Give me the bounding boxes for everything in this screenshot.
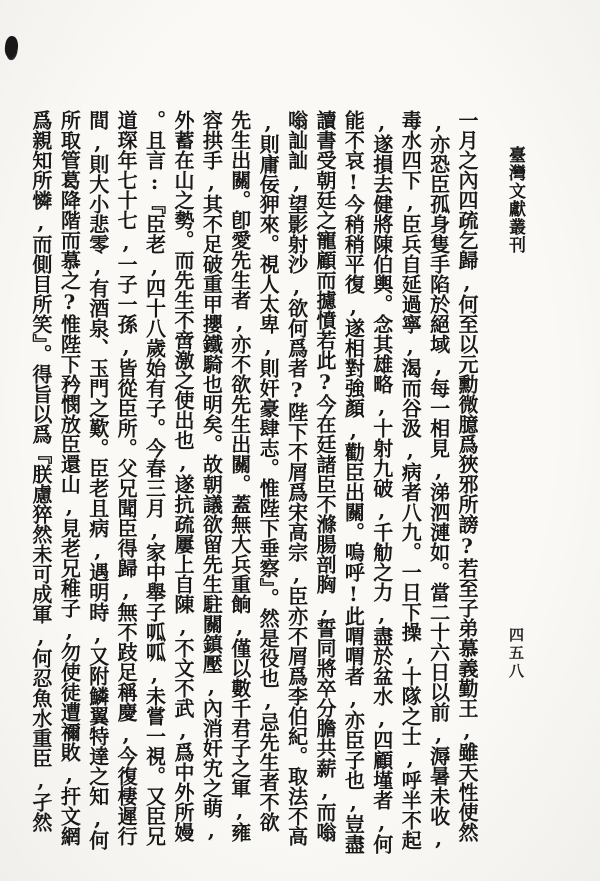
- text-column: 先生出關。卽愛先生者,亦不欲先生出關。蓋無大兵重餉,僅以數千君子之軍,雍: [225, 110, 253, 840]
- page-number: 四五八: [506, 627, 527, 681]
- text-column: ,則庸佞狎來。視人太卑,則奸豪肆志。惟陛下垂察』。然是役也,忌先生者不欲: [254, 110, 282, 840]
- text-column: 外蓄在山之勢。而先生不啻激之使出也,遂抗疏屢上自陳,不文不武,爲中外所嫚: [169, 110, 197, 840]
- text-column: 。且言:『臣老,四十八歲始有子。今春三月,家中舉子呱呱,未嘗一視。又臣兄: [140, 110, 168, 840]
- text-column: 道琛年七十七,一子一孫,皆從臣所。父兄聞臣得歸,無不跂足稱慶,今復棲遲行: [112, 110, 140, 840]
- text-column: 毒水四下,臣兵自延過寧,渴而谷汲,病者八九。一日下操,十隊之士,呼半不起: [396, 110, 424, 840]
- text-column: ,遂損去健將陳伯輿。念其雄略,十射九破,千觔之力,盡於盆水,四顧墐者,何: [367, 110, 395, 840]
- scan-smudge-artifact: [4, 35, 20, 59]
- text-column: 所取管葛降階而慕之?惟陛下矜憫放臣還山,見老兄稚子,勿使徒遭禰敗,扞文網: [55, 110, 83, 840]
- series-masthead: 臺灣文獻叢刊: [503, 146, 528, 266]
- text-column: 容拱手,其不足破重甲攖鐵騎也明矣。故朝議欲留先生駐關鎮壓,內消奸宄之萌,: [197, 110, 225, 840]
- text-column: 嗡訕訕,望影射沙,欲何爲者?陛下不屑爲宋高宗,臣亦不屑爲李伯紀。取法不高: [282, 110, 310, 840]
- scanned-book-page: 臺灣文獻叢刊 四五八 一月之內四疏乞歸,何至以元勳微臆爲狹邪所謗?若至子弟慕義勤…: [0, 0, 600, 881]
- text-body: 一月之內四疏乞歸,何至以元勳微臆爲狹邪所謗?若至子弟慕義勤王,雖天性使然 ,亦恐…: [26, 110, 481, 840]
- text-column: ,亦恐臣孤身隻手陷於絕域,每一相見,涕泗漣如。當二十六日以前,溽暑未收,: [424, 110, 452, 840]
- text-column: 爲親知所憐,而側目所笑』。得旨以爲『朕慮猝然未可成軍,何忍魚水重臣,孑然: [27, 110, 55, 840]
- text-column: 一月之內四疏乞歸,何至以元勳微臆爲狹邪所謗?若至子弟慕義勤王,雖天性使然: [453, 110, 481, 840]
- text-column: 能不哀!今稍稍平復,遂相對強顏,勸臣出關。嗚呼!此喟喟者,亦臣子也,豈盡: [339, 110, 367, 840]
- text-column: 間,則大小悲零,有酒泉、玉門之歎。臣老且病,遇明時,又附鱗翼特達之知,何: [83, 110, 111, 840]
- text-column: 讀書受朝廷之寵顧而攄憤若此?今在廷諸臣不滌腸剖胸,誓同將卒分膽共薪,而嗡: [311, 110, 339, 840]
